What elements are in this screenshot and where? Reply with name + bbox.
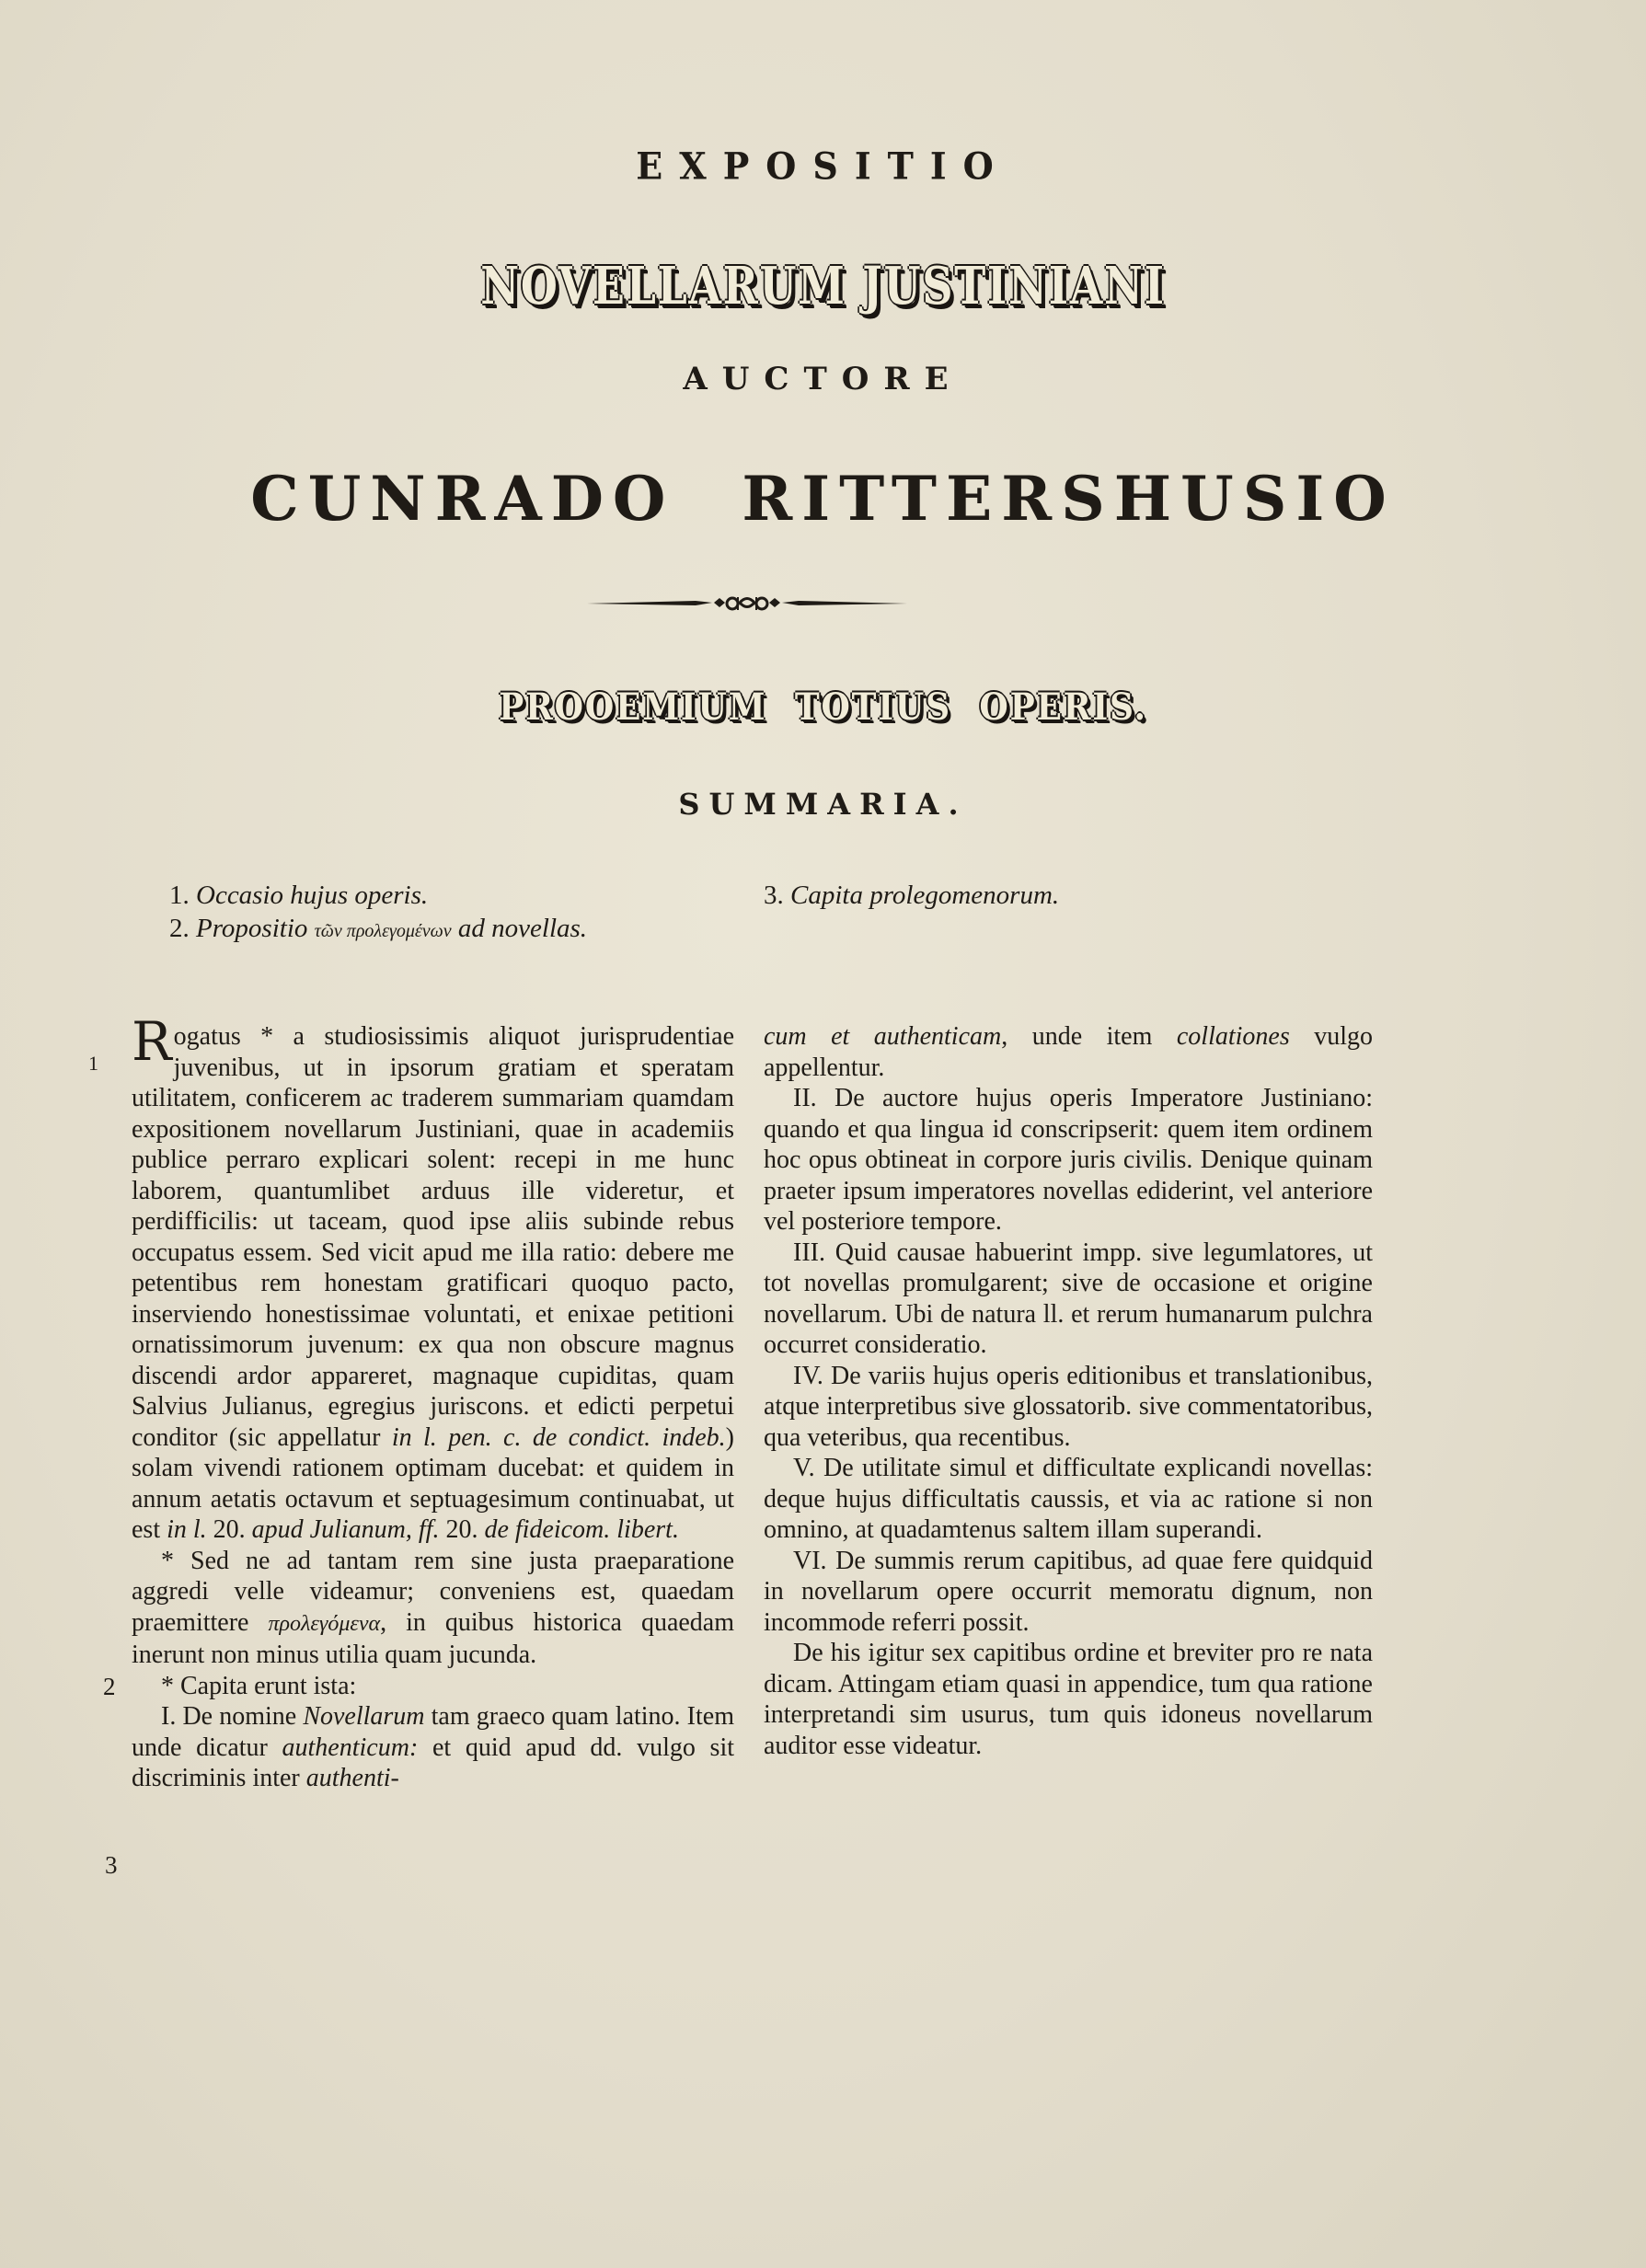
- summary-list-right: 3. Capita prolegomenorum.: [764, 879, 1059, 912]
- title-novellarum-justiniani: NOVELLARUM JUSTINIANI: [148, 256, 1498, 317]
- summary-item: 2. Propositio τῶν προλεγομένων ad novell…: [169, 912, 587, 948]
- summary-item: 1. Occasio hujus operis.: [169, 879, 587, 912]
- paragraph: Rogatus * a studiosissimis aliquot juris…: [132, 1021, 734, 1546]
- chapter-item: VI. De summis rerum capitibus, ad quae f…: [764, 1546, 1373, 1639]
- decorative-rule-ornament-icon: [585, 589, 909, 616]
- chapter-item: V. De utilitate simul et difficultate ex…: [764, 1453, 1373, 1546]
- section-heading: PROOEMIUM TOTIUS OPERIS.: [82, 685, 1563, 729]
- paragraph: cum et authenticam, unde item collatione…: [764, 1021, 1373, 1083]
- paragraph: I. De nomine Novellarum tam graeco quam …: [132, 1701, 734, 1794]
- title-auctore: AUCTORE: [0, 361, 1646, 397]
- author-name: CUNRADO RITTERSHUSIO: [0, 463, 1646, 535]
- title-expositio: EXPOSITIO: [0, 144, 1646, 188]
- chapter-item: IV. De variis hujus operis editionibus e…: [764, 1361, 1373, 1454]
- text-column-left: Rogatus * a studiosissimis aliquot juris…: [132, 1021, 734, 1794]
- paragraph: * Sed ne ad tantam rem sine justa praepa…: [132, 1546, 734, 1671]
- section-subheading: SUMMARIA.: [0, 787, 1646, 822]
- margin-number: 3: [105, 1851, 118, 1880]
- summary-list-left: 1. Occasio hujus operis. 2. Propositio τ…: [169, 879, 587, 948]
- drop-cap: R: [132, 1023, 172, 1060]
- chapter-item: III. Quid causae habuerint impp. sive le…: [764, 1238, 1373, 1361]
- book-page: EXPOSITIO NOVELLARUM JUSTINIANI AUCTORE …: [0, 0, 1646, 2268]
- greek-text: τῶν προλεγομένων: [315, 921, 452, 941]
- paragraph: * Capita erunt ista:: [132, 1671, 734, 1702]
- summary-item: 3. Capita prolegomenorum.: [764, 879, 1059, 912]
- margin-number: 1: [88, 1052, 98, 1076]
- paragraph: De his igitur sex capitibus ordine et br…: [764, 1638, 1373, 1761]
- chapter-item: II. De auctore hujus operis Imperatore J…: [764, 1083, 1373, 1238]
- margin-number: 2: [103, 1673, 116, 1701]
- greek-text: προλεγόμενα: [268, 1612, 380, 1636]
- text-column-right: cum et authenticam, unde item collatione…: [764, 1021, 1373, 1761]
